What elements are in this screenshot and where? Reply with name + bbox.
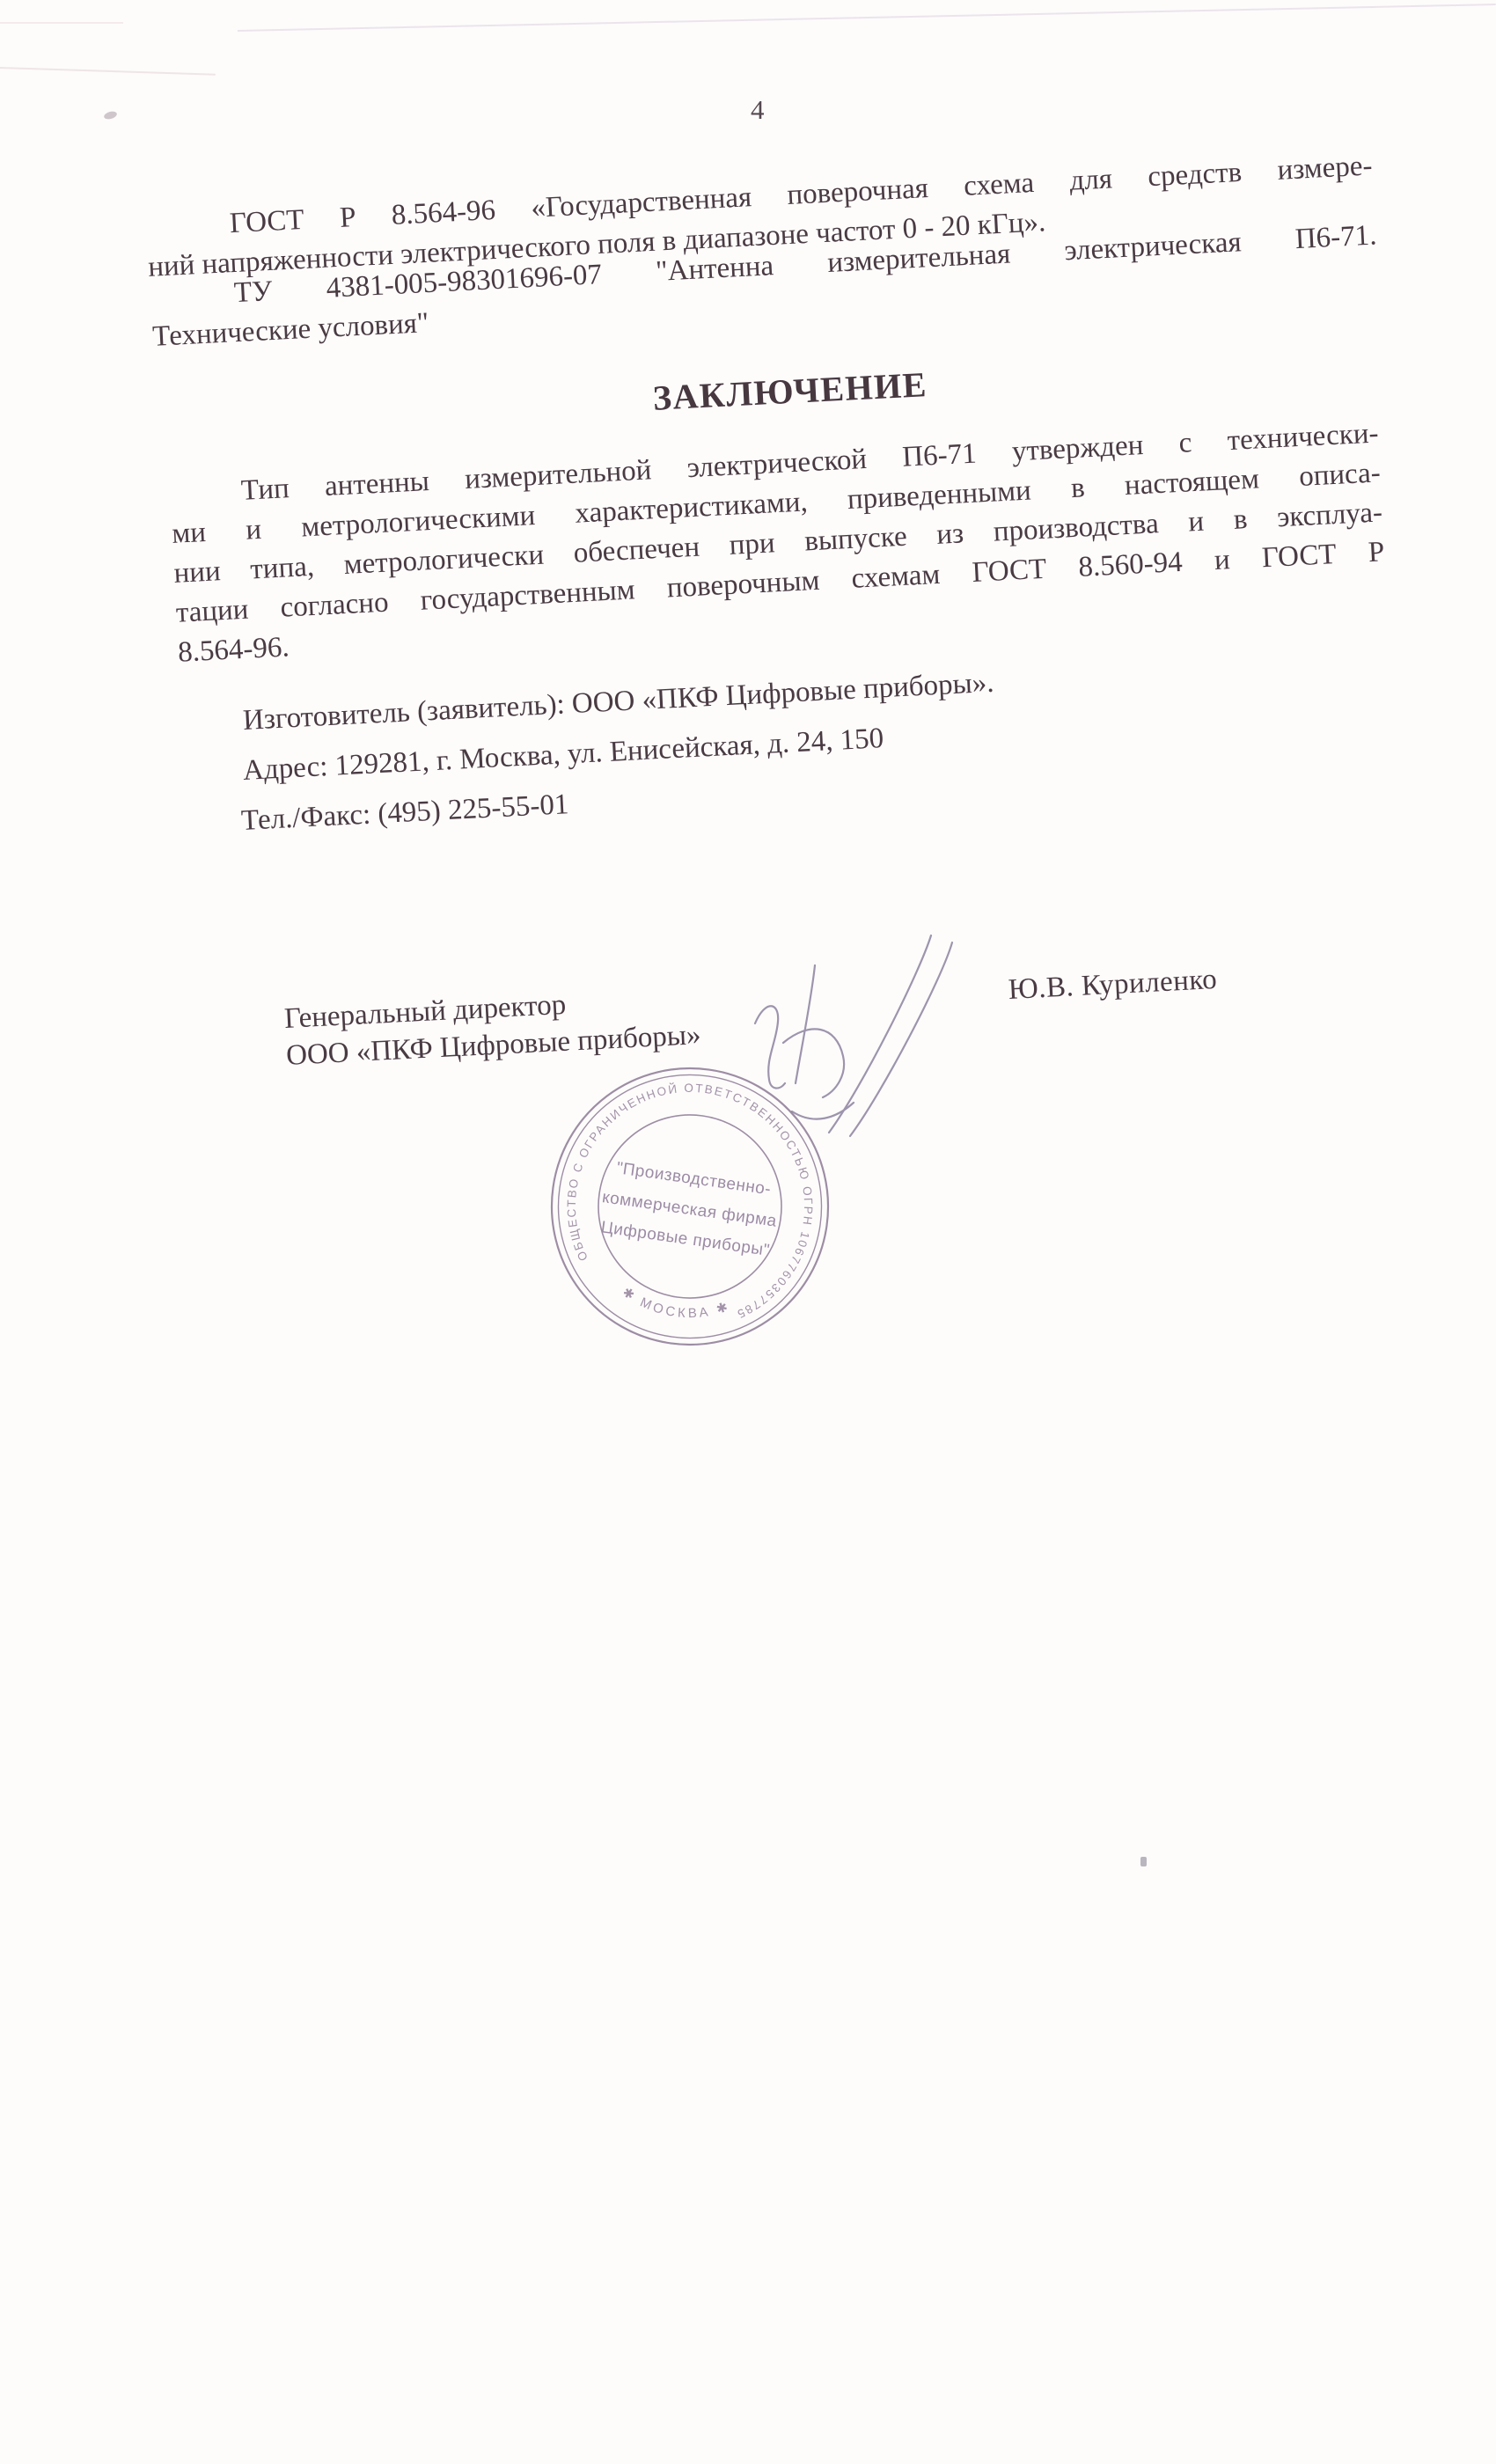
paragraph-conclusion: Тип антенны измерительной электрической … [169,414,1388,672]
stamp-ring-text: ОБЩЕСТВО С ОГРАНИЧЕННОЙ ОТВЕТСТВЕННОСТЬЮ… [551,1065,831,1330]
signer-name: Ю.В. Куриленко [1008,964,1218,1007]
signature-stroke [850,942,952,1136]
scan-speck [103,110,118,121]
scan-artifact-line [0,22,123,24]
scanned-document-page: { "page": { "number": "4" }, "colors": {… [0,0,1496,2464]
signature-stroke [796,965,815,1083]
svg-text:✱ МОСКВА ✱: ✱ МОСКВА ✱ [618,1284,735,1328]
stamp-bottom-text: ✱ МОСКВА ✱ [618,1284,735,1328]
company-round-stamp: ОБЩЕСТВО С ОГРАНИЧЕННОЙ ОТВЕТСТВЕННОСТЬЮ… [521,1038,859,1375]
phone-fax-line: Тел./Факс: (495) 225-55-01 [240,785,569,841]
scan-artifact-line [0,67,216,76]
page-number: 4 [751,94,765,126]
svg-text:ОБЩЕСТВО С ОГРАНИЧЕННОЙ ОТВЕТС: ОБЩЕСТВО С ОГРАНИЧЕННОЙ ОТВЕТСТВЕННОСТЬЮ… [551,1065,831,1330]
scan-artifact-line [238,4,1496,32]
scan-speck [1140,1857,1147,1866]
